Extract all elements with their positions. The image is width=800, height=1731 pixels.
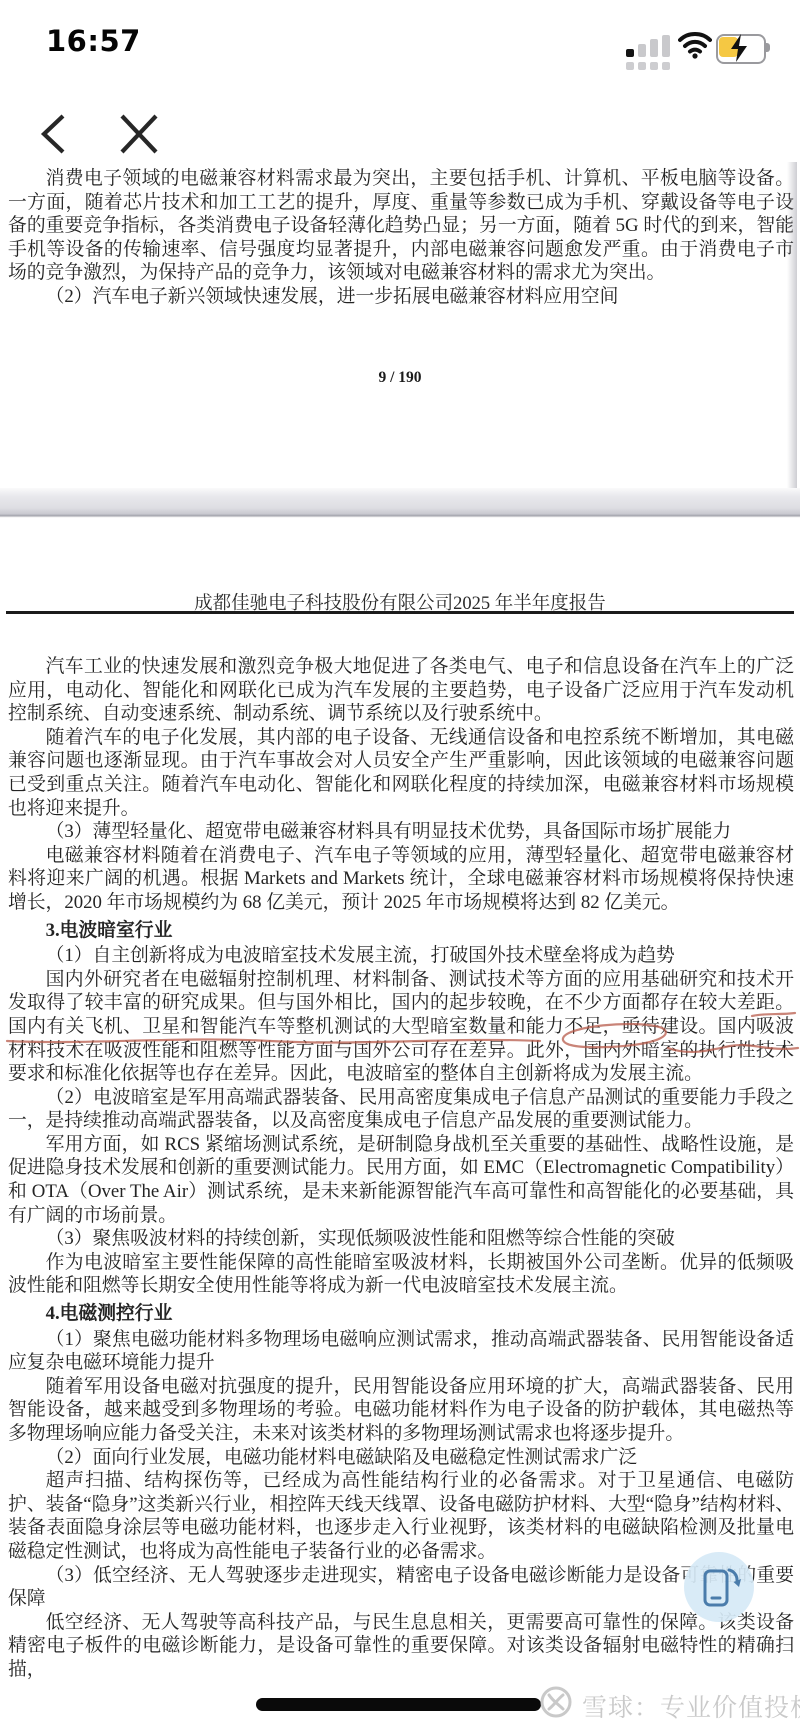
paragraph: （3）聚焦吸波材料的持续创新，实现低频吸波性能和阻燃等综合性能的突破 [8,1227,794,1251]
paragraph: （3）低空经济、无人驾驶逐步走进现实，精密电子设备电磁诊断能力是设备可靠性的重要… [8,1564,794,1611]
home-indicator[interactable] [256,1698,541,1711]
paragraph: （3）薄型轻量化、超宽带电磁兼容材料具有明显技术优势，具备国际市场扩展能力 [8,820,794,844]
section-heading: 3.电波暗室行业 [8,919,794,943]
paragraph: 作为电波暗室主要性能保障的高性能暗室吸波材料，长期被国外公司垄断。优异的低频吸波… [8,1251,794,1298]
paragraph: （2）面向行业发展，电磁功能材料电磁缺陷及电磁稳定性测试需求广泛 [8,1446,794,1470]
phone-screen: 16:57 [0,0,800,1731]
document-scroll-area[interactable]: 消费电子领域的电磁兼容材料需求最为突出，主要包括手机、计算机、平板电脑等设备。一… [0,0,800,1731]
page-edge-shadow [787,162,797,492]
paragraph: 随着汽车的电子化发展，其内部的电子设备、无线通信设备和电控系统不断增加，其电磁兼… [8,726,794,820]
pdf-page-1-text: 消费电子领域的电磁兼容材料需求最为突出，主要包括手机、计算机、平板电脑等设备。一… [8,167,794,308]
section-heading: 4.电磁测控行业 [8,1302,794,1326]
paragraph: （1）自主创新将成为电波暗室技术发展主流，打破国外技术壁垒将成为趋势 [8,944,794,968]
pdf-page-2-text: 汽车工业的快速发展和激烈竞争极大地促进了各类电气、电子和信息设备在汽车上的广泛应… [8,655,794,1682]
xueqiu-logo-icon [538,1684,574,1720]
paragraph: 汽车工业的快速发展和激烈竞争极大地促进了各类电气、电子和信息设备在汽车上的广泛应… [8,655,794,726]
rotate-screen-button[interactable] [684,1552,754,1622]
paragraph: 低空经济、无人驾驶等高科技产品，与民生息息相关，更需要高可靠性的保障。该类设备精… [8,1611,794,1682]
paragraph: 消费电子领域的电磁兼容材料需求最为突出，主要包括手机、计算机、平板电脑等设备。一… [8,167,794,285]
watermark-text: 雪球：专业价值投机 [582,1688,800,1724]
header-rule [6,611,794,614]
page-divider [0,488,800,518]
paragraph: （2）汽车电子新兴领域快速发展，进一步拓展电磁兼容材料应用空间 [8,285,794,309]
paragraph: 军用方面，如 RCS 紧缩场测试系统，是研制隐身战机至关重要的基础性、战略性设施… [8,1133,794,1227]
paragraph: （2）电波暗室是军用高端武器装备、民用高密度集成电子信息产品测试的重要能力手段之… [8,1086,794,1133]
paragraph: 国内外研究者在电磁辐射控制机理、材料制备、测试技术等方面的应用基础研究和技术开发… [8,968,794,1086]
paragraph: （1）聚焦电磁功能材料多物理场电磁响应测试需求，推动高端武器装备、民用智能设备适… [8,1328,794,1375]
page-number: 9 / 190 [0,369,800,387]
paragraph: 电磁兼容材料随着在消费电子、汽车电子等领域的应用，薄型轻量化、超宽带电磁兼容材料… [8,844,794,915]
watermark: 雪球：专业价值投机 [538,1682,800,1724]
rotate-phone-icon [696,1562,742,1612]
paragraph: 超声扫描、结构探伤等，已经成为高性能结构行业的必备需求。对于卫星通信、电磁防护、… [8,1469,794,1563]
paragraph: 随着军用设备电磁对抗强度的提升，民用智能设备应用环境的扩大，高端武器装备、民用智… [8,1375,794,1446]
